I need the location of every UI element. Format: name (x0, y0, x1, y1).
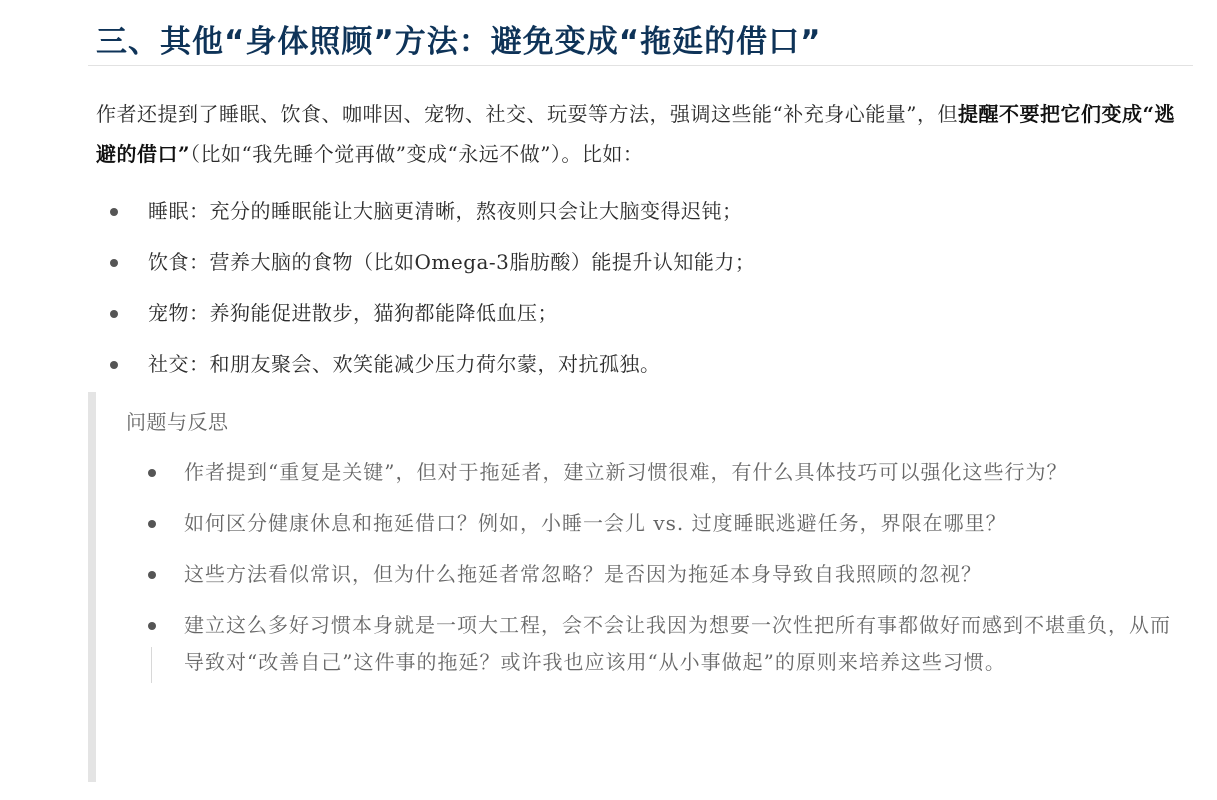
intro-text-2: （比如“我先睡个觉再做”变成“永远不做”）。比如： (190, 142, 643, 166)
question-item: 建立这么多好习惯本身就是一项大工程，会不会让我因为想要一次性把所有事都做好而感到… (134, 607, 1174, 681)
intro-paragraph: 作者还提到了睡眠、饮食、咖啡因、宠物、社交、玩耍等方法，强调这些能“补充身心能量… (96, 94, 1186, 174)
question-item: 作者提到“重复是关键”，但对于拖延者，建立新习惯很难，有什么具体技巧可以强化这些… (134, 454, 1174, 491)
methods-list: 睡眠：充分的睡眠能让大脑更清晰，熬夜则只会让大脑变得迟钝； 饮食：营养大脑的食物… (96, 186, 755, 390)
reflection-list: 作者提到“重复是关键”，但对于拖延者，建立新习惯很难，有什么具体技巧可以强化这些… (134, 454, 1174, 695)
list-item-diet: 饮食：营养大脑的食物（比如Omega-3脂肪酸）能提升认知能力； (96, 237, 755, 288)
question-item: 如何区分健康休息和拖延借口？例如，小睡一会儿 vs. 过度睡眠逃避任务，界限在哪… (134, 505, 1174, 542)
question-item: 这些方法看似常识，但为什么拖延者常忽略？是否因为拖延本身导致自我照顾的忽视？ (134, 556, 1174, 593)
list-item-pets: 宠物：养狗能促进散步，猫狗都能降低血压； (96, 288, 755, 339)
reflection-blockquote: 问题与反思 作者提到“重复是关键”，但对于拖延者，建立新习惯很难，有什么具体技巧… (88, 392, 1201, 782)
intro-text-1: 作者还提到了睡眠、饮食、咖啡因、宠物、社交、玩耍等方法，强调这些能“补充身心能量… (96, 102, 958, 126)
section-heading: 三、其他“身体照顾”方法：避免变成“拖延的借口” (96, 16, 822, 61)
list-item-sleep: 睡眠：充分的睡眠能让大脑更清晰，熬夜则只会让大脑变得迟钝； (96, 186, 755, 237)
list-item-social: 社交：和朋友聚会、欢笑能减少压力荷尔蒙，对抗孤独。 (96, 339, 755, 390)
reflection-title: 问题与反思 (126, 406, 229, 435)
heading-divider (88, 65, 1193, 66)
